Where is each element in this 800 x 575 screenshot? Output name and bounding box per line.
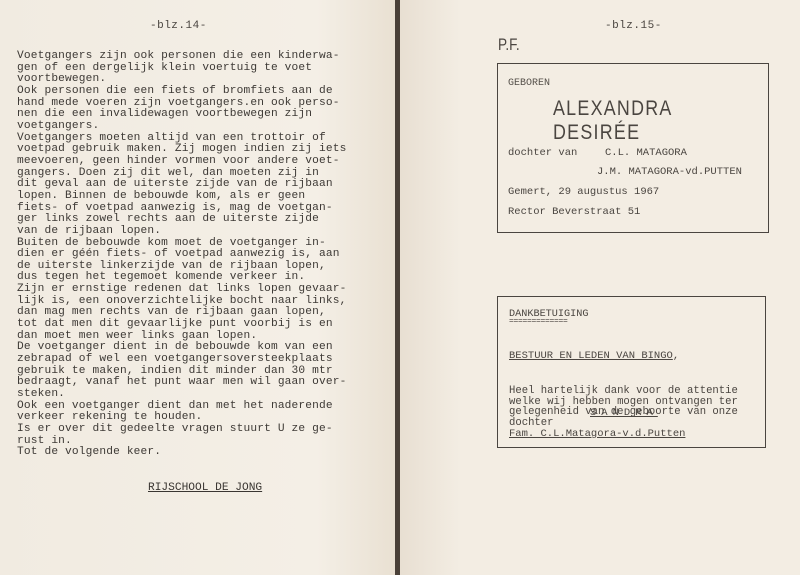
baby-name: ALEXANDRA DESIRÉE (553, 97, 736, 145)
addressee-suffix: , (673, 350, 679, 362)
signature: RIJSCHOOL DE JONG (148, 482, 262, 494)
place-date: Gemert, 29 augustus 1967 (508, 186, 659, 198)
child-name: SANDRA (590, 407, 658, 419)
article-body: Voetgangers zijn ook personen die een ki… (17, 51, 377, 459)
page-number: -blz.15- (605, 20, 662, 32)
addressee-text: BESTUUR EN LEDEN VAN BINGO (509, 350, 673, 362)
address: Rector Beverstraat 51 (508, 206, 640, 218)
birth-announcement: GEBOREN ALEXANDRA DESIRÉE dochter van C.… (497, 63, 769, 233)
thanks-notice: DANKBETUIGING ============= BESTUUR EN L… (497, 296, 766, 448)
page-number: -blz.14- (150, 20, 207, 32)
daughter-of-label: dochter van (508, 147, 577, 159)
signed-by: Fam. C.L.Matagora-v.d.Putten (509, 428, 685, 440)
parent-2: J.M. MATAGORA-vd.PUTTEN (597, 166, 742, 178)
parent-1: C.L. MATAGORA (605, 147, 687, 159)
heading-underline: ============= (509, 317, 568, 326)
handwritten-note: P.F. (498, 35, 520, 55)
announcement-label: GEBOREN (508, 78, 550, 89)
right-page: -blz.15- P.F. GEBOREN ALEXANDRA DESIRÉE … (400, 0, 800, 575)
addressee: BESTUUR EN LEDEN VAN BINGO, (509, 350, 679, 362)
left-page: -blz.14- Voetgangers zijn ook personen d… (0, 0, 396, 575)
